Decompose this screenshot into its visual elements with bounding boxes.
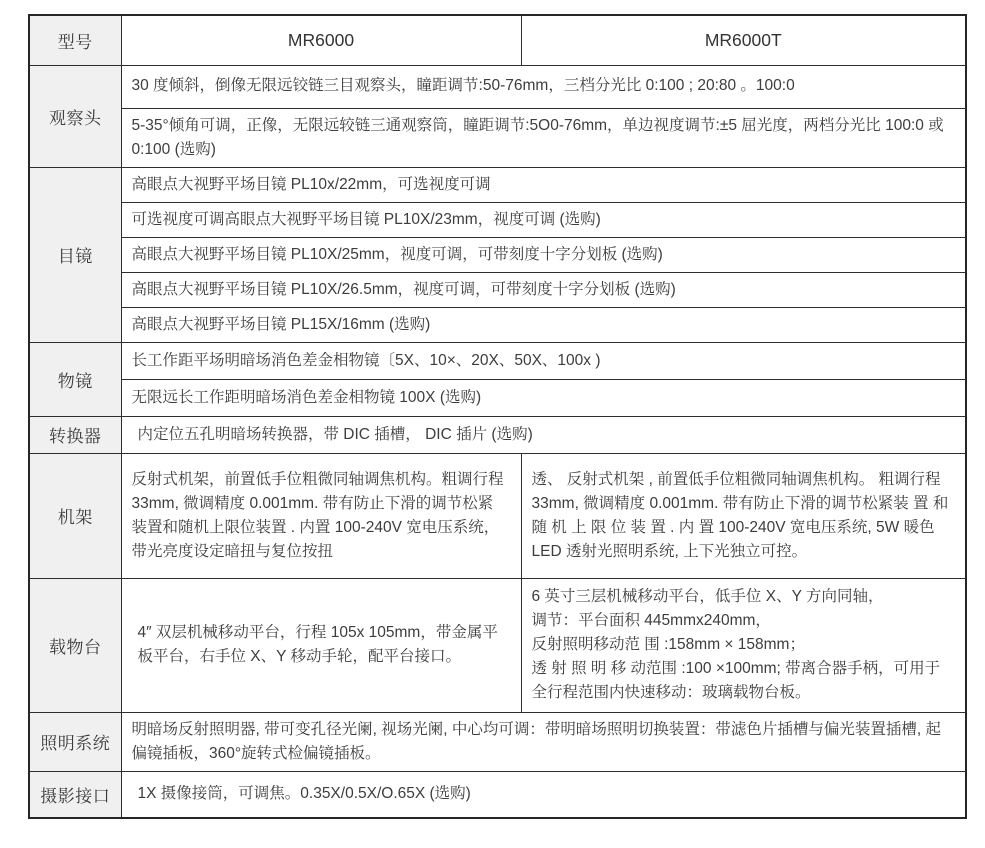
row-label-stage: 载物台 (29, 578, 121, 712)
spec-cell-objective-1: 长工作距平场明暗场消色差金相物镜〔5X、10×、20X、50X、100x ) (121, 342, 966, 379)
stage-model-b-line: 反射照明移动范 围 :158mm × 158mm； (532, 633, 954, 657)
header-row: 型号 MR6000 MR6000T (29, 15, 966, 65)
spec-cell-objective-2: 无限远长工作距明暗场消色差金相物镜 100X (选购) (121, 379, 966, 416)
row-label-observation-head: 观察头 (29, 65, 121, 167)
table-row: 高眼点大视野平场目镜 PL10X/25mm，视度可调，可带刻度十字分划板 (选购… (29, 237, 966, 272)
table-row: 照明系统 明暗场反射照明器, 带可变孔径光阑, 视场光阑, 中心均可调：带明暗场… (29, 712, 966, 771)
spec-cell-stage-model-a: 4″ 双层机械移动平台，行程 105x 105mm，带金属平板平台，右手位 X、… (121, 578, 521, 712)
spec-cell-stage-model-b: 6 英寸三层机械移动平台，低手位 X、Y 方向同轴， 调节：平台面积 445mm… (521, 578, 966, 712)
spec-cell-frame-model-a: 反射式机架，前置低手位粗微同轴调焦机构。粗调行程 33mm, 微调精度 0.00… (121, 453, 521, 578)
row-label-illumination: 照明系统 (29, 712, 121, 771)
row-label-model: 型号 (29, 15, 121, 65)
spec-cell-frame-model-b: 透、 反射式机架 , 前置低手位粗微同轴调焦机构。 粗调行程 33mm, 微调精… (521, 453, 966, 578)
table-row: 摄影接口 1X 摄像接筒，可调焦。0.35X/0.5X/O.65X (选购) (29, 771, 966, 818)
table-row: 机架 反射式机架，前置低手位粗微同轴调焦机构。粗调行程 33mm, 微调精度 0… (29, 453, 966, 578)
table-row: 无限远长工作距明暗场消色差金相物镜 100X (选购) (29, 379, 966, 416)
table-row: 可选视度可调高眼点大视野平场目镜 PL10X/23mm，视度可调 (选购) (29, 202, 966, 237)
table-row: 高眼点大视野平场目镜 PL10X/26.5mm，视度可调，可带刻度十字分划板 (… (29, 272, 966, 307)
spec-table: 型号 MR6000 MR6000T 观察头 30 度倾斜，倒像无限远铰链三目观察… (28, 14, 967, 819)
table-row: 5-35°倾角可调，正像，无限远较链三通观察筒，瞳距调节:5O0-76mm，单边… (29, 108, 966, 167)
row-label-eyepiece: 目镜 (29, 167, 121, 342)
spec-sheet-page: 型号 MR6000 MR6000T 观察头 30 度倾斜，倒像无限远铰链三目观察… (0, 0, 985, 848)
table-row: 载物台 4″ 双层机械移动平台，行程 105x 105mm，带金属平板平台，右手… (29, 578, 966, 712)
model-a-header: MR6000 (121, 15, 521, 65)
spec-cell-eyepiece-4: 高眼点大视野平场目镜 PL10X/26.5mm，视度可调，可带刻度十字分划板 (… (121, 272, 966, 307)
model-b-header: MR6000T (521, 15, 966, 65)
table-row: 转换器 内定位五孔明暗场转换器，带 DIC 插槽， DIC 插片 (选购) (29, 416, 966, 453)
spec-cell-eyepiece-2: 可选视度可调高眼点大视野平场目镜 PL10X/23mm，视度可调 (选购) (121, 202, 966, 237)
table-row: 目镜 高眼点大视野平场目镜 PL10x/22mm，可选视度可调 (29, 167, 966, 202)
table-row: 高眼点大视野平场目镜 PL15X/16mm (选购) (29, 307, 966, 342)
table-row: 物镜 长工作距平场明暗场消色差金相物镜〔5X、10×、20X、50X、100x … (29, 342, 966, 379)
spec-cell-observation-head-2: 5-35°倾角可调，正像，无限远较链三通观察筒，瞳距调节:5O0-76mm，单边… (121, 108, 966, 167)
spec-cell-eyepiece-1: 高眼点大视野平场目镜 PL10x/22mm，可选视度可调 (121, 167, 966, 202)
stage-model-b-line: 6 英寸三层机械移动平台，低手位 X、Y 方向同轴， (532, 585, 954, 609)
spec-cell-eyepiece-3: 高眼点大视野平场目镜 PL10X/25mm，视度可调，可带刻度十字分划板 (选购… (121, 237, 966, 272)
spec-cell-observation-head-1: 30 度倾斜，倒像无限远铰链三目观察头，瞳距调节:50-76mm，三档分光比 0… (121, 65, 966, 108)
stage-model-b-line: 调节：平台面积 445mmx240mm， (532, 609, 954, 633)
row-label-frame: 机架 (29, 453, 121, 578)
spec-cell-eyepiece-5: 高眼点大视野平场目镜 PL15X/16mm (选购) (121, 307, 966, 342)
row-label-photo-port: 摄影接口 (29, 771, 121, 818)
row-label-objective: 物镜 (29, 342, 121, 416)
spec-cell-nosepiece: 内定位五孔明暗场转换器，带 DIC 插槽， DIC 插片 (选购) (121, 416, 966, 453)
spec-cell-photo-port: 1X 摄像接筒，可调焦。0.35X/0.5X/O.65X (选购) (121, 771, 966, 818)
table-row: 观察头 30 度倾斜，倒像无限远铰链三目观察头，瞳距调节:50-76mm，三档分… (29, 65, 966, 108)
stage-model-b-line: 透 射 照 明 移 动范围 :100 ×100mm; 带离合器手柄，可用于全行程… (532, 657, 954, 705)
row-label-nosepiece: 转换器 (29, 416, 121, 453)
spec-cell-illumination: 明暗场反射照明器, 带可变孔径光阑, 视场光阑, 中心均可调：带明暗场照明切换装… (121, 712, 966, 771)
